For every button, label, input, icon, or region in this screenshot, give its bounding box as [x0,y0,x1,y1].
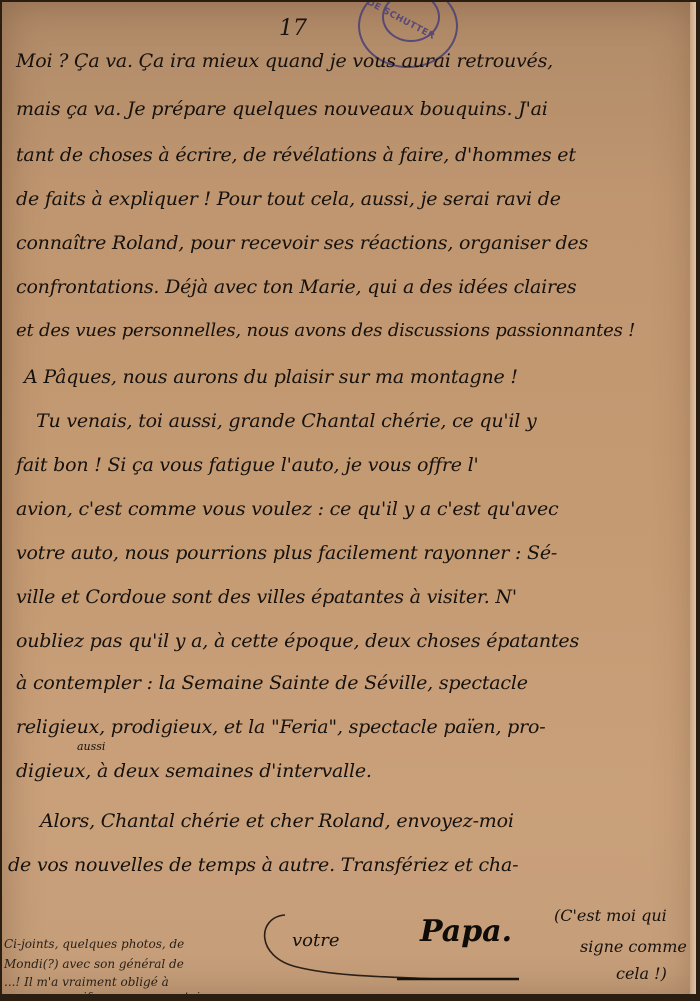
aside-note-line: cela !) [616,964,667,983]
letter-line: mais ça va. Je prépare quelques nouveaux… [16,98,548,120]
letter-line: ville et Cordoue sont des villes épatant… [16,586,517,608]
margin-note-line: Ci-joints, quelques photos, de [4,937,184,951]
paper-bottom-edge [2,994,696,998]
letter-line: avion, c'est comme vous voulez : ce qu'i… [16,498,558,520]
letter-line: connaître Roland, pour recevoir ses réac… [16,232,588,254]
paper-edge [690,2,696,998]
letter-line: fait bon ! Si ça vous fatigue l'auto, je… [16,454,479,476]
margin-note-line: ...! Il m'a vraiment obligé à [4,975,169,989]
letter-line: digieux, à deux semaines d'intervalle. [16,760,372,782]
letter-line: Tu venais, toi aussi, grande Chantal ché… [36,410,537,432]
letter-line: de vos nouvelles de temps à autre. Trans… [8,854,518,876]
letter-line: religieux, prodigieux, et la "Feria", sp… [16,716,545,738]
letter-line: oubliez pas qu'il y a, à cette époque, d… [16,630,579,652]
letter-line: confrontations. Déjà avec ton Marie, qui… [16,276,576,298]
letter-line: à contempler : la Semaine Sainte de Sévi… [16,672,528,694]
margin-note-line: Mondi(?) avec son général de [4,957,184,971]
inserted-word: aussi [77,740,105,753]
letter-line: Moi ? Ça va. Ça ira mieux quand je vous … [16,50,553,72]
letter-line: A Pâques, nous aurons du plaisir sur ma … [24,366,518,388]
aside-note-line: signe comme [580,937,687,956]
letter-line: votre auto, nous pourrions plus facileme… [16,542,557,564]
letter-page: 17 DE SCHUTTER Moi ? Ça va. Ça ira mieux… [2,2,696,998]
signature: Papa. [420,914,512,949]
letter-line: de faits à expliquer ! Pour tout cela, a… [16,188,561,210]
aside-note-line: (C'est moi qui [554,906,667,925]
page-number: 17 [279,16,307,41]
letter-line: Alors, Chantal chérie et cher Roland, en… [40,810,514,832]
letter-line: et des vues personnelles, nous avons des… [16,320,635,341]
letter-line: tant de choses à écrire, de révélations … [16,144,576,166]
